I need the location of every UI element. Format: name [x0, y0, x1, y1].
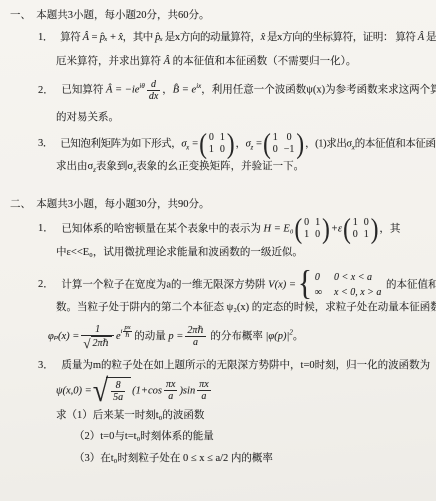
operator-a-expression: Â = −ie	[106, 85, 139, 96]
normalization-fraction: 1√2πℏ	[81, 324, 114, 349]
text-run: 是x方向的坐标算符，证明： 算符	[265, 32, 418, 43]
s1-q1-line1: 1． 算符 Â = p̂ₓ + x̂，其中 p̂ₓ 是x方向的动量算符，x̂ 是…	[38, 30, 432, 46]
text-run: ，利用任意一个波函数ψ(x)为参考函数来求这两个算符之间	[201, 85, 436, 96]
question-number: 1．	[38, 223, 54, 234]
matrix-right-paren: )	[322, 214, 330, 243]
case-condition: x < 0, x > a	[334, 285, 381, 300]
text-run: 的对易关系。	[56, 112, 119, 123]
case-value: ∞	[315, 285, 322, 300]
text-run: 的本征值和本征函	[383, 279, 436, 290]
text-run: ，其	[379, 223, 400, 234]
text-run: ，	[236, 138, 246, 149]
exponent-fraction: pxℏ	[123, 324, 131, 339]
matrix-cells: 100−1	[271, 132, 297, 156]
text-run: 算符	[60, 32, 82, 43]
fraction-denominator: a	[164, 390, 177, 402]
s1-q1-line2: 厄米算符，并求出算符 Â 的本征值和本征函数（不需要归一化）。	[56, 54, 432, 70]
cos-argument-fraction: πxa	[164, 379, 177, 402]
question-number: 2．	[38, 85, 54, 96]
scanned-exam-page: 一、 本题共3小题，每小题20分，共60分。 1． 算符 Â = p̂ₓ + x…	[0, 0, 436, 501]
matrix-cell: 1	[353, 217, 358, 229]
matrix-right-paren: )	[227, 129, 235, 158]
text-run: ，其中	[123, 32, 156, 43]
momentum-eigenfunction-lhs: φₚ(x) =	[48, 331, 79, 342]
text-run: 计算一个粒子在宽度为a的一维无限深方势阱	[61, 279, 268, 290]
hamiltonian-expression: H = E₀	[264, 223, 294, 234]
text-run: 求出由σ	[56, 161, 93, 172]
text-run: 质量为m的粒子处在如上题所示的无限深方势阱中，t=0时刻，归一化的波函数为	[61, 360, 430, 371]
matrix-cell: 1	[364, 229, 369, 241]
s1-q2-line1: 2． 已知算符 Â = −ieiθddx，B̂ = eix，利用任意一个波函数ψ…	[38, 78, 432, 102]
matrix-left-paren: (	[199, 129, 207, 158]
piecewise-potential: {00 < x < a∞x < 0, x > a	[298, 270, 381, 300]
s2-q2-line2: 数。当粒子处于阱内的第二个本征态 ψ₂(x) 的定态的时候，求粒子处在动量本征函…	[56, 300, 432, 316]
matrix-cell: 1	[304, 229, 309, 241]
sin-term: )sin	[179, 385, 195, 396]
text-run: 求（1）后来某一时刻t₀的波函数	[56, 410, 204, 421]
plus-epsilon: +ε	[331, 223, 342, 234]
text-run: ，	[162, 85, 173, 96]
matrix-cell: 1	[209, 144, 214, 156]
operator-b-expression: B̂ = e	[173, 85, 196, 96]
matrix-cell: 1	[273, 132, 278, 144]
s2-q3-ask3: （3）在t₀时刻粒子处在 0 ≤ x ≤ a/2 内的概率	[74, 451, 432, 467]
matrix-cells: 0110	[207, 132, 227, 156]
section-2-header: 二、 本题共3小题，每小题30分，共90分。	[10, 197, 432, 213]
section-2-header-text: 二、 本题共3小题，每小题30分，共90分。	[10, 199, 210, 210]
momentum-value-lhs: p =	[168, 331, 183, 342]
text-run: 是	[424, 32, 436, 43]
fraction-numerator: 1	[81, 324, 114, 335]
cases-rows: 00 < x < a∞x < 0, x > a	[312, 270, 382, 300]
text-run: 已知体系的哈密顿量在某个表象中的表示为	[61, 223, 263, 234]
plane-wave-exponent: ipxℏ	[121, 324, 132, 340]
matrix-cell: 0	[364, 217, 369, 229]
radicand: 85a	[106, 377, 131, 403]
question-number: 2．	[38, 279, 54, 290]
section-1-header-text: 一、 本题共3小题，每小题20分，共60分。	[10, 10, 210, 21]
text-run: 已知算符	[61, 85, 106, 96]
text-run: 的动量	[132, 331, 169, 342]
text-run: 已知泡利矩阵为如下形式，	[60, 138, 181, 149]
s1-q3-line2: 求出由σz表象到σx表象的幺正变换矩阵，并验证一下。	[56, 159, 432, 178]
question-number: 3．	[38, 360, 54, 371]
s2-q1-line2: 中ε<<E₀，试用微扰理论求能量和波函数的一级近似。	[56, 245, 432, 261]
matrix-left-paren: (	[263, 129, 271, 158]
text-run: 厄米算符，并求出算符	[56, 56, 164, 67]
sqrt-2-pi-hbar: √2πℏ	[83, 336, 112, 349]
s1-q2-line2: 的对易关系。	[56, 110, 432, 126]
exponent-a: iθ	[139, 82, 144, 90]
s1-q3-line1: 3． 已知泡利矩阵为如下形式，σx =(0110)，σz =(100−1)，(1…	[38, 132, 432, 156]
s2-q3-line1: 3． 质量为m的粒子处在如上题所示的无限深方势阱中，t=0时刻，归一化的波函数为	[38, 358, 432, 374]
matrix-cells: 1001	[351, 217, 371, 241]
text-run: （2）t=0与t=t₀时刻体系的能量	[74, 431, 214, 442]
matrix-cell: 0	[273, 144, 278, 156]
s2-q3-wavefunction: ψ(x,0) =√85a(1+cosπxa)sinπxa	[56, 377, 432, 405]
fraction-numerator: πx	[164, 379, 177, 390]
text-run: 数。当粒子处于阱内的第二个本征态 ψ₂(x) 的定态的时候，求粒子处在动量本征函…	[56, 302, 436, 313]
fraction-numerator: px	[123, 324, 131, 331]
wavefunction-lhs: ψ(x,0) =	[56, 385, 92, 396]
matrix-cell: 0	[284, 132, 295, 144]
text-run: 表象到σ	[96, 161, 133, 172]
matrix-right-paren: )	[296, 129, 304, 158]
matrix-cell: 0	[353, 229, 358, 241]
section-1-header: 一、 本题共3小题，每小题20分，共60分。	[10, 8, 432, 24]
text-run: 中ε<<E₀，试用微扰理论求能量和波函数的一级近似。	[56, 247, 303, 258]
case-condition: 0 < x < a	[334, 270, 381, 285]
fraction-denominator: dx	[147, 90, 160, 102]
fraction-numerator: 2πℏ	[185, 325, 205, 336]
cos-term-open: (1+cos	[132, 385, 162, 396]
text-run: 的本征值和本征函数（不需要归一化）。	[170, 56, 356, 67]
exponent-i: i	[121, 324, 123, 340]
fraction-denominator: √2πℏ	[81, 335, 114, 349]
matrix-cell: −1	[284, 144, 295, 156]
fraction-numerator: d	[147, 79, 160, 90]
fraction-denominator: ℏ	[123, 331, 131, 339]
fraction-numerator: πx	[197, 379, 210, 390]
potential-lhs: V(x) =	[268, 279, 296, 290]
text-run: （3）在t₀时刻粒子处在 0 ≤ x ≤ a/2 内的概率	[74, 453, 273, 464]
radical-sign: √	[83, 337, 90, 350]
s2-q2-line1: 2． 计算一个粒子在宽度为a的一维无限深方势阱 V(x) ={00 < x < …	[38, 270, 432, 300]
derivative-fraction: ddx	[147, 79, 160, 102]
question-number: 1．	[38, 32, 53, 43]
matrix-right-paren: )	[371, 214, 379, 243]
momentum-operator-symbol: p̂ₓ	[155, 32, 162, 43]
s2-q2-line3: φₚ(x) =1√2πℏeipxℏ 的动量 p =2πℏa 的分布概率 |φ(p…	[48, 324, 432, 349]
s2-q1-line1: 1． 已知体系的哈密顿量在某个表象中的表示为 H = E₀(0110)+ε(10…	[38, 217, 432, 241]
text-run: 的本征值和本征函数(2)	[355, 138, 436, 149]
case-value: 0	[315, 270, 322, 285]
fraction-denominator: a	[185, 336, 205, 348]
text-run: 的分布概率	[208, 331, 266, 342]
radicand: 2πℏ	[91, 336, 112, 349]
cases-brace: {	[298, 267, 312, 302]
pauli-sigma-z-matrix: (100−1)	[263, 132, 304, 156]
probability-expression: |φ(p)|	[266, 331, 290, 342]
matrix-cell: 0	[220, 144, 225, 156]
question-number: 3．	[38, 138, 53, 149]
matrix-cell: 0	[304, 217, 309, 229]
pauli-sigma-x-matrix: (0110)	[199, 132, 234, 156]
momentum-fraction: 2πℏa	[185, 325, 205, 348]
matrix-left-paren: (	[343, 214, 351, 243]
equals-sign: =	[189, 138, 198, 149]
text-run: 。	[293, 331, 304, 342]
hamiltonian-matrix-2: (1001)	[343, 217, 378, 241]
matrix-left-paren: (	[294, 214, 302, 243]
matrix-cell: 0	[315, 229, 320, 241]
sin-argument-fraction: πxa	[197, 379, 210, 402]
matrix-cell: 1	[220, 132, 225, 144]
matrix-cells: 0110	[302, 217, 322, 241]
operator-a-definition: Â = p̂ₓ + x̂	[83, 32, 123, 43]
radicand-fraction: 85a	[111, 380, 125, 403]
radical-sign: √	[93, 376, 108, 408]
s2-q3-ask2: （2）t=0与t=t₀时刻体系的能量	[74, 429, 432, 445]
text-run: 是x方向的动量算符，	[163, 32, 261, 43]
fraction-denominator: a	[197, 390, 210, 402]
fraction-numerator: 8	[111, 380, 125, 391]
hamiltonian-matrix-1: (0110)	[294, 217, 329, 241]
matrix-cell: 1	[315, 217, 320, 229]
text-run: 表象的幺正变换矩阵，并验证一下。	[136, 161, 304, 172]
sqrt-8-over-5a: √85a	[93, 377, 131, 405]
equals-sign: =	[253, 138, 262, 149]
fraction-denominator: 5a	[111, 391, 125, 403]
s2-q3-ask1: 求（1）后来某一时刻t₀的波函数	[56, 408, 432, 424]
text-run: ，(1)求出σ	[305, 138, 352, 149]
matrix-cell: 0	[209, 132, 214, 144]
